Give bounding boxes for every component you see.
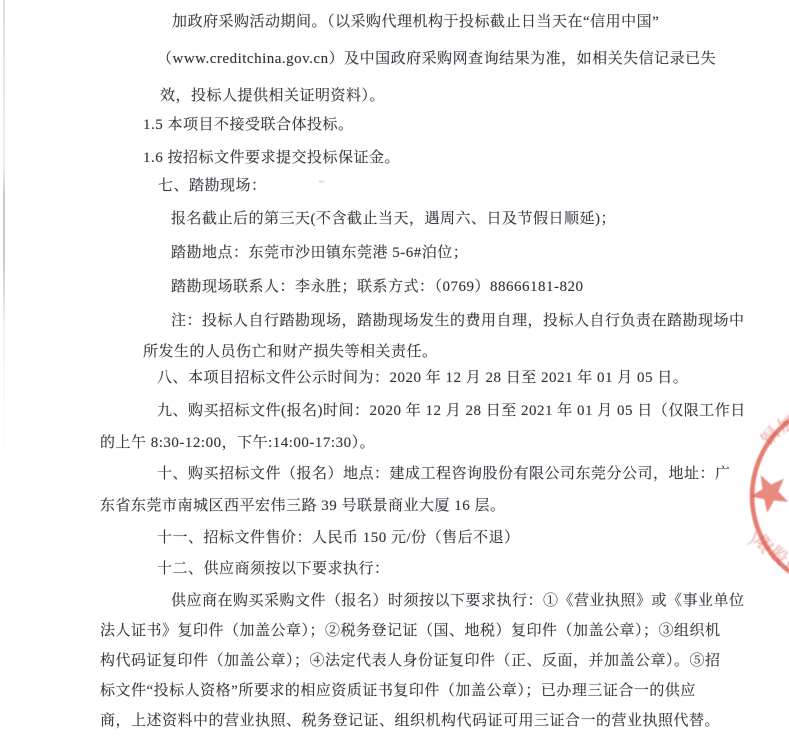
document-line: 踏勘地点：东莞市沙田镇东莞港 5-6#泊位； xyxy=(171,243,468,263)
document-line: 报名截止后的第三天(不含截止当天，遇周六、日及节假日顺延)； xyxy=(171,209,616,229)
document-line: 的上午 8:30-12:00，下午:14:00-17:30）。 xyxy=(100,433,375,453)
document-line: 七、踏勘现场： xyxy=(158,176,267,196)
document-line: 加政府采购活动期间。（以采购代理机构于投标截止日当天在“信用中国” xyxy=(172,12,659,32)
document-line: 1.5 本项目不接受联合体投标。 xyxy=(143,115,354,135)
document-line: 构代码证复印件（加盖公章）；④法定代表人身份证复印件（正、反面，并加盖公章）。⑤… xyxy=(100,651,721,671)
document-line: 十、购买招标文件（报名）地点：建成工程咨询股份有限公司东莞分公司，地址：广 xyxy=(157,464,731,484)
document-line: 注：投标人自行踏勘现场，踏勘现场发生的费用自理，投标人自行负责在踏勘现场中 xyxy=(171,311,745,331)
document-line: 十一、招标文件售价：人民币 150 元/份（售后不退） xyxy=(157,528,520,548)
document-line: （www.creditchina.gov.cn）及中国政府采购网查询结果为准，如… xyxy=(157,49,716,69)
document-line: 东省东莞市南城区西平宏伟三路 39 号联景商业大厦 16 层。 xyxy=(100,496,506,516)
document-line: 十二、供应商须按以下要求执行： xyxy=(157,559,390,579)
document-line: 效，投标人提供相关证明资料）。 xyxy=(160,86,385,106)
document-line: 供应商在购买采购文件（报名）时须按以下要求执行：①《营业执照》或《事业单位 xyxy=(171,591,745,611)
document-text: 加政府采购活动期间。（以采购代理机构于投标截止日当天在“信用中国”（www.cr… xyxy=(0,0,789,737)
document-line: 所发生的人员伤亡和财产损失等相关责任。 xyxy=(143,342,438,362)
document-line: 标文件“投标人资格”所要求的相应资质证书复印件（加盖公章）；已办理三证合一的供应 xyxy=(100,681,696,701)
document-line: 八、本项目招标文件公示时间为：2020 年 12 月 28 日至 2021 年 … xyxy=(157,368,688,388)
document-line: 1.6 按招标文件要求提交投标保证金。 xyxy=(143,148,400,168)
document-line: 九、购买招标文件(报名)时间：2020 年 12 月 28 日至 2021 年 … xyxy=(157,401,746,421)
document-line: 商，上述资料中的营业执照、税务登记证、组织机构代码证可用三证合一的营业执照代替。 xyxy=(100,711,720,731)
document-page: 加政府采购活动期间。（以采购代理机构于投标截止日当天在“信用中国”（www.cr… xyxy=(0,0,789,737)
document-line: 踏勘现场联系人：李永胜；联系方式：（0769）88666181-820 xyxy=(171,277,584,297)
document-line: 法人证书》复印件（加盖公章）；②税务登记证（国、地税）复印件（加盖公章）；③组织… xyxy=(100,621,721,641)
